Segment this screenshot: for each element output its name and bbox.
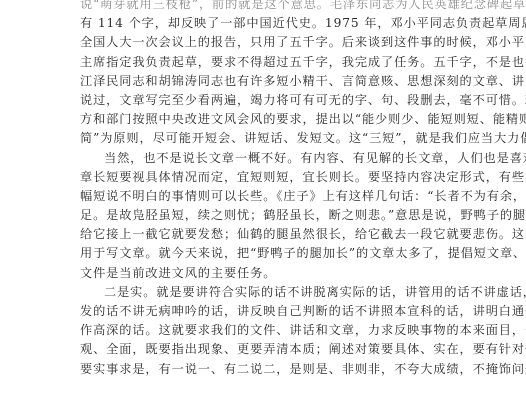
text-line: 观、全面，既要指出现象、更要弄清本质；阐述对策要具体、实在，要有针对性和可操作性… bbox=[80, 340, 448, 359]
text-line: 足。是故凫胫虽短，续之则忧；鹤胫虽长，断之则悲。”意思是说，野鸭子的腿虽然很短， bbox=[80, 206, 448, 225]
text-line: 用于写文章。就今天来说，把“野鸭子的腿加长”的文章太多了，提倡短文章、短讲话、短 bbox=[80, 244, 448, 263]
text-line: 方和部门按照中央改进文风会风的要求，提出以“能少则少、能短则短、能精则精、能简则 bbox=[80, 110, 448, 129]
text-line: 给它接上一截它就要发愁；仙鹤的腿虽然很长，给它截去一段它就要悲伤。这个道理同样适 bbox=[80, 225, 448, 244]
document-body: 说“萌芽就用三枝枪”，前的就是这个意思。毛泽东同志为人民英雄纪念碑起草的碑文，只… bbox=[80, 0, 448, 379]
text-line: 江泽民同志和胡锦涛同志也有许多短小精干、言简意赅、思想深刻的文章、讲话。鲁迅先生 bbox=[80, 72, 448, 91]
text-line: 主席指定我负责起草，要求不得超过五千字，我完成了任务。五千字，不是也很管用吗?” bbox=[80, 53, 448, 72]
text-line: 文件是当前改进文风的主要任务。 bbox=[80, 264, 448, 283]
paragraph-start-line: 二是实。就是要讲符合实际的话不讲脱离实际的话，讲管用的话不讲虚话，讲有感而 bbox=[80, 283, 448, 302]
text-line: 全国人大一次会议上的报告，只用了五千字。后来谈到这件事的时候，邓小平同志说：“毛 bbox=[80, 33, 448, 52]
text-line: 要实事求是，有一说一、有二说二，是则是、非则非，不夸大成绩，不掩饰问题。要深入浅 bbox=[80, 360, 448, 379]
text-line: 有 114 个字，却反映了一部中国近代史。1975 年，邓小平同志负责起草周恩来… bbox=[80, 14, 448, 33]
document-page: 说“萌芽就用三枝枪”，前的就是这个意思。毛泽东同志为人民英雄纪念碑起草的碑文，只… bbox=[0, 0, 526, 394]
text-line: 作高深的话。这就要求我们的文件、讲话和文章，力求反映事物的本来面目，分析问题要客 bbox=[80, 321, 448, 340]
paragraph-start-line: 当然，也不是说长文章一概不好。有内容、有见解的长文章，人们也是喜欢读的。文 bbox=[80, 149, 448, 168]
text-line: 发的话不讲无病呻吟的话，讲反映自己判断的话不讲照本宣科的话，讲明白通俗的话不讲故 bbox=[80, 302, 448, 321]
text-line: 说“萌芽就用三枝枪”，前的就是这个意思。毛泽东同志为人民英雄纪念碑起草的碑文，只 bbox=[80, 0, 448, 14]
text-line: 章长短要视具体情况而定，宜短则短，宜长则长。要坚持内容决定形式，有些非长不可、篇 bbox=[80, 168, 448, 187]
text-line: 幅短说不明白的事情则可以长些。《庄子》上有这样几句话：“长者不为有余，短者不为不 bbox=[80, 187, 448, 206]
text-line: 简”为原则，尽可能开短会、讲短话、发短文。这“三短”，就是我们应当大力倡导的风气… bbox=[80, 129, 448, 148]
text-line: 说过，文章写完至少看两遍，竭力将可有可无的字、句、段删去，毫不可惜。现在，不少地 bbox=[80, 91, 448, 110]
